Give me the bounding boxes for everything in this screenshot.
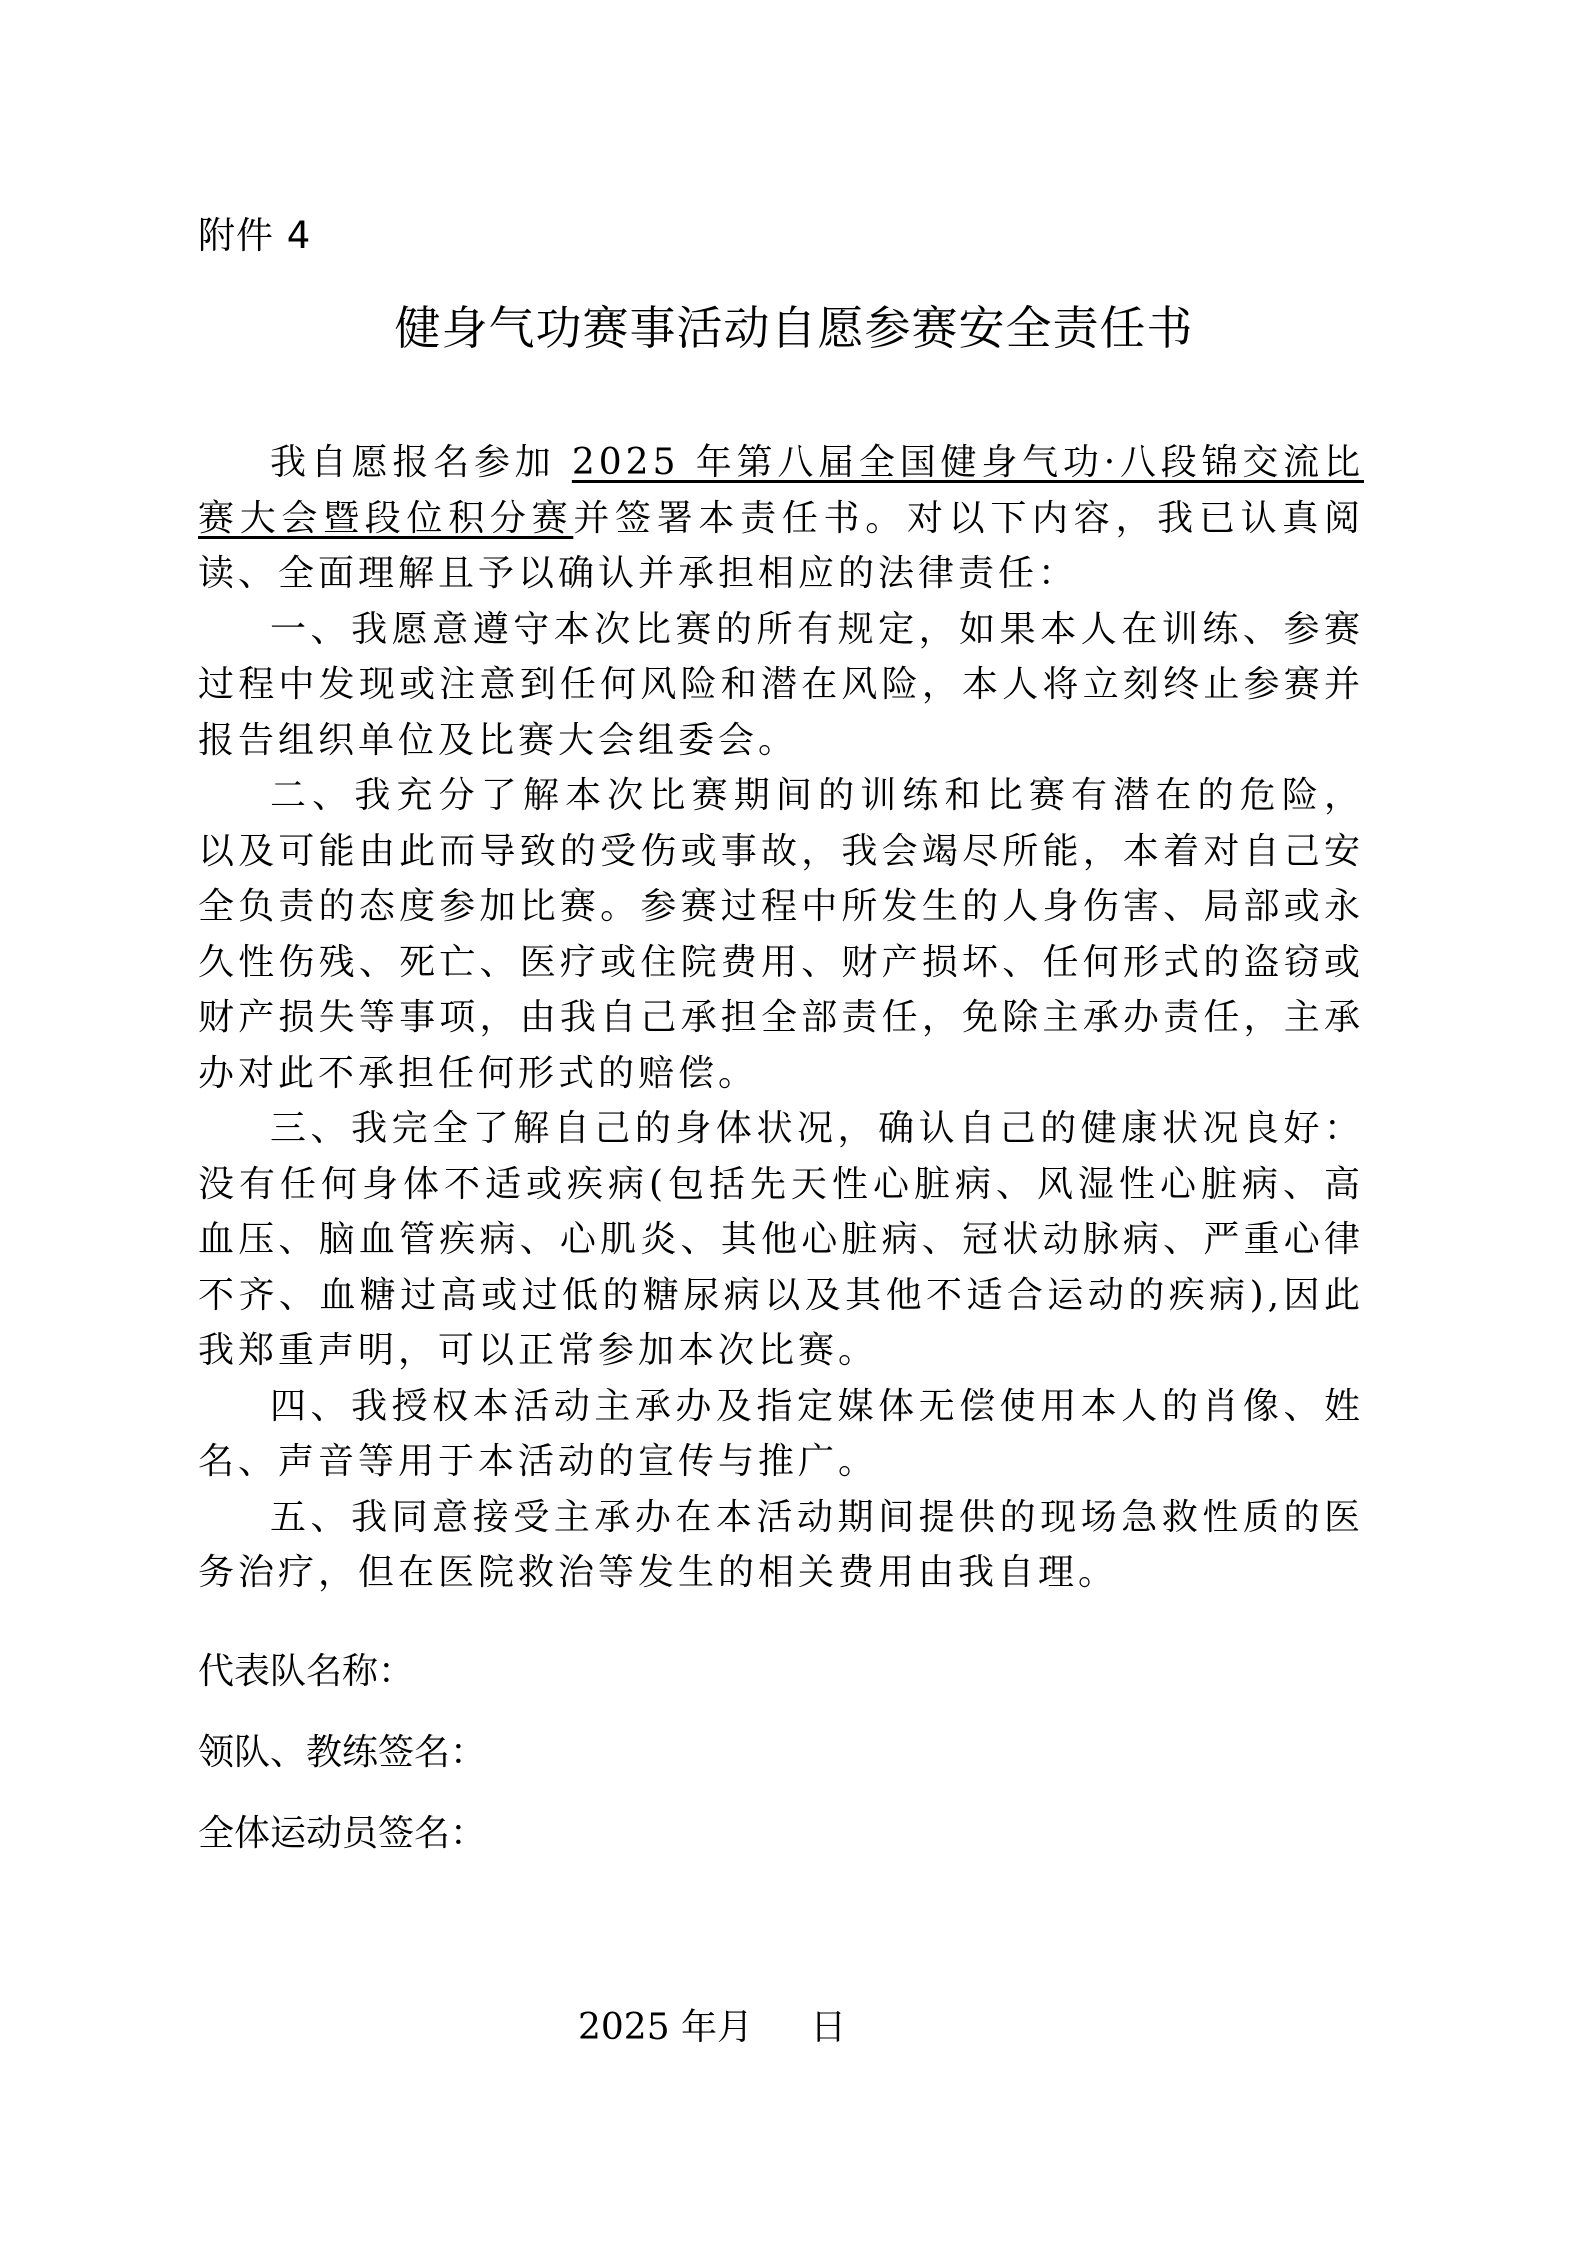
leader-coach-signature-label: 领队、教练签名： xyxy=(198,1732,486,1773)
signature-section: 代表队名称： 领队、教练签名： 全体运动员签名： xyxy=(198,1650,486,1893)
team-name-label: 代表队名称： xyxy=(198,1651,414,1692)
intro-prefix: 我自愿报名参加 xyxy=(270,442,572,483)
attachment-label: 附件 4 xyxy=(198,212,311,260)
leader-coach-signature-field[interactable]: 领队、教练签名： xyxy=(198,1731,486,1775)
intro-paragraph: 我自愿报名参加 2025 年第八届全国健身气功·八段锦交流比赛大会暨段位积分赛并… xyxy=(198,435,1364,602)
team-name-field[interactable]: 代表队名称： xyxy=(198,1650,486,1694)
clause-4: 四、我授权本活动主承办及指定媒体无偿使用本人的肖像、姓名、声音等用于本活动的宣传… xyxy=(198,1379,1364,1490)
document-title: 健身气功赛事活动自愿参赛安全责任书 xyxy=(0,298,1588,358)
date-line: 2025 年月 日 xyxy=(578,2004,846,2052)
clause-2: 二、我充分了解本次比赛期间的训练和比赛有潜在的危险， 以及可能由此而导致的受伤或… xyxy=(198,768,1364,1101)
document-body: 我自愿报名参加 2025 年第八届全国健身气功·八段锦交流比赛大会暨段位积分赛并… xyxy=(198,435,1364,1601)
clause-5: 五、我同意接受主承办在本活动期间提供的现场急救性质的医务治疗，但在医院救治等发生… xyxy=(198,1490,1364,1601)
athletes-signature-field[interactable]: 全体运动员签名： xyxy=(198,1812,486,1856)
athletes-signature-label: 全体运动员签名： xyxy=(198,1813,486,1854)
clause-3: 三、我完全了解自己的身体状况，确认自己的健康状况良好：没有任何身体不适或疾病(包… xyxy=(198,1101,1364,1379)
clause-1: 一、我愿意遵守本次比赛的所有规定，如果本人在训练、参赛过程中发现或注意到任何风险… xyxy=(198,602,1364,769)
